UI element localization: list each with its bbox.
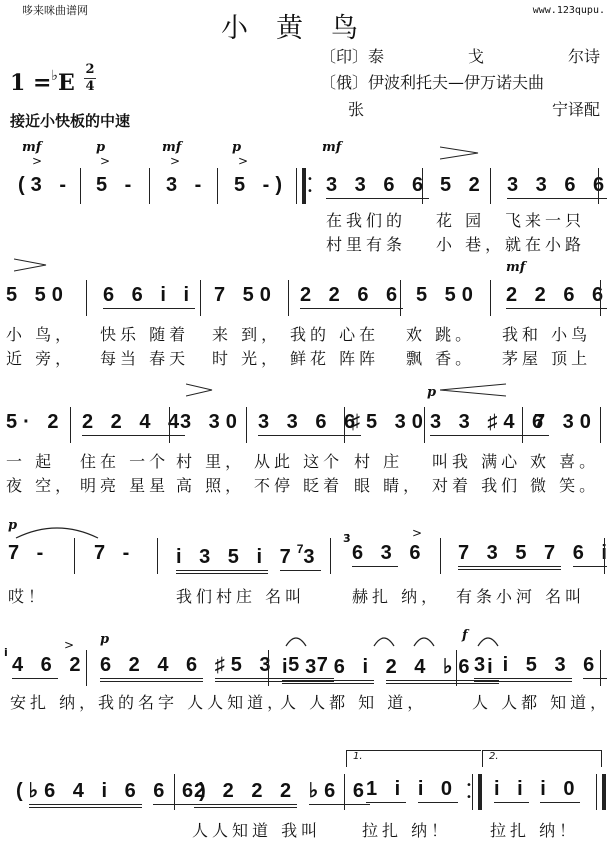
lyric: 明亮 星星: [80, 473, 169, 496]
measure: 3 30: [180, 411, 243, 434]
lyric: 时 光，: [212, 346, 281, 369]
lyric: 每当 春天: [100, 346, 189, 369]
credit-text: 戈: [468, 44, 484, 67]
note-group: 6 2 4 6: [100, 654, 203, 682]
decrescendo-accent-icon: [186, 383, 214, 397]
lyric: 不停 眨着: [254, 473, 343, 496]
barline: [600, 650, 601, 686]
barline: [288, 280, 289, 316]
time-signature: 2 4: [84, 63, 96, 94]
tie-slur-icon: [412, 634, 436, 648]
measure: 1 i i 0: [366, 778, 458, 801]
lyric: 微 笑。: [530, 473, 599, 496]
measure: 2 2 6 6: [506, 284, 607, 307]
barline: [157, 538, 158, 574]
lyric: 叫我 满心: [432, 449, 521, 472]
lyric: 小 巷，: [436, 232, 505, 255]
grace-note: 3̇: [343, 532, 351, 545]
measure: 3 3 6 6: [326, 174, 429, 197]
credit-text: 尔诗: [568, 44, 600, 67]
credit-text: 〔印〕泰: [320, 44, 384, 67]
measure: i 3 5 i 773: [176, 542, 321, 569]
measure: 3 3 ♯4 6: [430, 411, 549, 434]
tempo-marking: 接近小快板的中速: [10, 110, 130, 131]
volta-first-ending: 1.: [346, 750, 481, 767]
barline: [490, 280, 491, 316]
measure: 6 3 6: [352, 542, 427, 565]
key-note: E: [58, 70, 75, 96]
measure: ♯5 30: [350, 411, 429, 434]
measure: 5· 2: [6, 411, 64, 434]
note-group: i 3 6 i: [282, 656, 374, 684]
barline: [149, 168, 150, 204]
lyric: 有条小河 名叫: [456, 584, 585, 607]
measure: 3 3 6 6: [258, 411, 361, 434]
measure: 6 6 i i: [103, 284, 195, 307]
lyric: 快乐 随着: [100, 322, 189, 345]
accent-icon: >: [100, 154, 110, 168]
lyric: 赫扎 纳，: [352, 584, 441, 607]
repeat-start-barline: [296, 168, 306, 204]
credit-composer: 〔俄〕伊波利托夫—伊万诺夫曲: [320, 70, 600, 93]
note-group: 2 2 6 6: [300, 284, 403, 309]
accent-icon: >: [32, 154, 42, 168]
measure: 3 -: [166, 174, 207, 197]
barline: [490, 168, 491, 204]
repeat-dots: ••: [307, 174, 313, 198]
note-group: i 3 5 i: [176, 546, 268, 574]
credit-lyricist: 〔印〕泰 戈 尔诗: [320, 44, 600, 67]
lyric: 我的名字 人人知道，: [98, 690, 287, 713]
final-barline: [596, 774, 606, 810]
lyric: 哎！: [8, 584, 48, 607]
barline: [600, 280, 601, 316]
dynamic-mark: p: [427, 385, 436, 400]
barline: [200, 280, 201, 316]
note-group: 2 2 2 2: [194, 780, 297, 808]
barline: [344, 774, 345, 810]
measure: 3 3 6 6: [507, 174, 607, 197]
repeat-end-barline: [472, 774, 482, 810]
barline: [217, 168, 218, 204]
lyric: 村里有条: [326, 232, 406, 255]
dynamic-mark: mf: [506, 260, 525, 275]
measure: 4 6 2: [12, 654, 87, 677]
lyric: 高 照，: [176, 473, 245, 496]
barline: [600, 407, 601, 443]
measure: 5 2: [440, 174, 486, 197]
barline: [70, 407, 71, 443]
lyric: 拉扎 纳！: [362, 818, 451, 841]
barline: [522, 407, 523, 443]
key-signature: 1 =♭E: [10, 68, 75, 96]
grace-note: i: [4, 646, 8, 659]
accent-icon: >: [412, 526, 422, 540]
note-group: 3 3 6 6: [258, 411, 361, 436]
decrescendo-accent-icon: [14, 258, 48, 272]
tie-slur-icon: [476, 634, 500, 648]
lyric: 近 旁，: [6, 346, 75, 369]
dynamic-mark: p: [96, 140, 105, 155]
tie-slur-icon: [372, 634, 396, 648]
lyric: 我的 心在: [290, 322, 379, 345]
lyric: 我们村庄 名叫: [176, 584, 305, 607]
time-sig-top: 2: [84, 63, 96, 77]
note-group: i i: [494, 778, 529, 803]
lyric: 就在小路: [505, 232, 585, 255]
barline: [169, 407, 170, 443]
note-group: 6 6 i i: [103, 284, 195, 309]
note-group: 773: [280, 546, 321, 571]
barline: [440, 538, 441, 574]
barline: [598, 168, 599, 204]
dynamic-mark: p: [232, 140, 241, 155]
lyric: 村 里，: [176, 449, 245, 472]
note-group: 6 i: [573, 542, 607, 567]
measure: 7 3 5 7 6 i: [458, 542, 607, 565]
barline: [400, 280, 401, 316]
note-group: ♭6 6: [309, 780, 370, 805]
dynamic-mark: f: [462, 628, 468, 643]
note-group: 3 3 ♯4 6: [430, 411, 549, 436]
accent-icon: >: [64, 638, 74, 652]
lyric: 花 园: [436, 208, 485, 231]
tie-slur-icon: [14, 524, 100, 540]
lyric: 村 庄: [354, 449, 403, 472]
credit-text: 张: [348, 97, 364, 120]
dynamic-mark: mf: [162, 140, 181, 155]
barline: [424, 407, 425, 443]
accent-icon: >: [238, 154, 248, 168]
credit-translator: 张 宁译配: [348, 97, 600, 120]
measure: (♭6 4 i 6 6 6): [16, 778, 212, 803]
lyric: 住在 一个: [80, 449, 169, 472]
note-group: 6 6: [153, 780, 199, 805]
decrescendo-accent-icon: [440, 146, 480, 160]
barline: [174, 774, 175, 810]
lyric: 夜 空，: [6, 473, 75, 496]
barline: [86, 280, 87, 316]
note-group: 4 6: [12, 654, 58, 679]
lyric: 茅屋 顶上: [502, 346, 591, 369]
barline: [344, 407, 345, 443]
lyric: 鲜花 阵阵: [290, 346, 379, 369]
measure: 3 i 5 3 6 6: [474, 654, 607, 677]
lyric: 欢 喜。: [530, 449, 599, 472]
measure: 2 2 6 6: [300, 284, 403, 307]
barline: [422, 168, 423, 204]
song-title: 小黄鸟: [0, 6, 607, 45]
note-group: 2 2 6 6: [506, 284, 607, 309]
note-group: 1 i: [366, 778, 406, 803]
barline: [330, 538, 331, 574]
note-group: 3 i 5 3: [474, 654, 572, 682]
measure: i i i 0: [494, 778, 580, 801]
lyric: 人 人都 知 道，: [280, 690, 427, 713]
lyric: 对着 我们: [432, 473, 521, 496]
lyric: 来 到，: [212, 322, 281, 345]
accent-icon: >: [170, 154, 180, 168]
measure: i 3 6 i 2 4 ♭6 i: [282, 654, 499, 679]
note-group: i 0: [418, 778, 458, 803]
barline: [246, 407, 247, 443]
lyric: 飞来一只: [505, 208, 585, 231]
time-sig-bottom: 4: [84, 80, 96, 94]
key-prefix: 1 =: [10, 70, 51, 96]
note-group: 6 3: [352, 542, 398, 567]
barline: [74, 538, 75, 574]
measure: (3 -: [18, 174, 72, 197]
lyric: 我和 小鸟: [502, 322, 591, 345]
measure: 5 50: [6, 284, 69, 307]
grace-note: 7: [297, 542, 304, 556]
barline: [86, 650, 87, 686]
volta-second-ending: 2.: [482, 750, 602, 767]
lyric: 人人知道 我叫: [192, 818, 321, 841]
measure: 5 50: [416, 284, 479, 307]
barline: [268, 650, 269, 686]
credit-text: 〔俄〕伊波利托夫—伊万诺夫曲: [320, 70, 544, 93]
barline: [456, 650, 457, 686]
lyric: 在我们的: [326, 208, 406, 231]
lyric: 一 起: [6, 449, 55, 472]
lyric: 欢 跳。: [406, 322, 475, 345]
note-group: 3 3 6 6: [507, 174, 607, 199]
lyric: 眼 睛，: [354, 473, 423, 496]
note-group: ♭6 4 i 6: [29, 780, 142, 808]
dynamic-mark: mf: [22, 140, 41, 155]
barline: [604, 538, 605, 574]
measure: 7 -: [8, 542, 49, 565]
measure: 7 -: [94, 542, 135, 565]
lyric: 小 鸟，: [6, 322, 75, 345]
measure: 7 30: [534, 411, 597, 434]
note-group: 6 6: [583, 654, 607, 679]
lyric: 飘 香。: [406, 346, 475, 369]
crescendo-hairpin-icon: [440, 383, 508, 397]
measure: 5 -): [234, 174, 288, 197]
note-group: 3 3 6 6: [326, 174, 429, 199]
credit-text: 宁译配: [552, 97, 600, 120]
note-group: 7 3 5 7: [458, 542, 561, 570]
tie-slur-icon: [284, 634, 308, 648]
lyric: 拉扎 纳！: [490, 818, 579, 841]
dynamic-mark: mf: [322, 140, 341, 155]
lyric: 安扎 纳，: [10, 690, 99, 713]
measure: 7 50: [214, 284, 277, 307]
note-group: i 0: [540, 778, 580, 803]
lyric: 人 人都 知道，: [472, 690, 607, 713]
measure: 5 -: [96, 174, 137, 197]
barline: [80, 168, 81, 204]
lyric: 从此 这个: [254, 449, 343, 472]
dynamic-mark: p: [100, 632, 109, 647]
